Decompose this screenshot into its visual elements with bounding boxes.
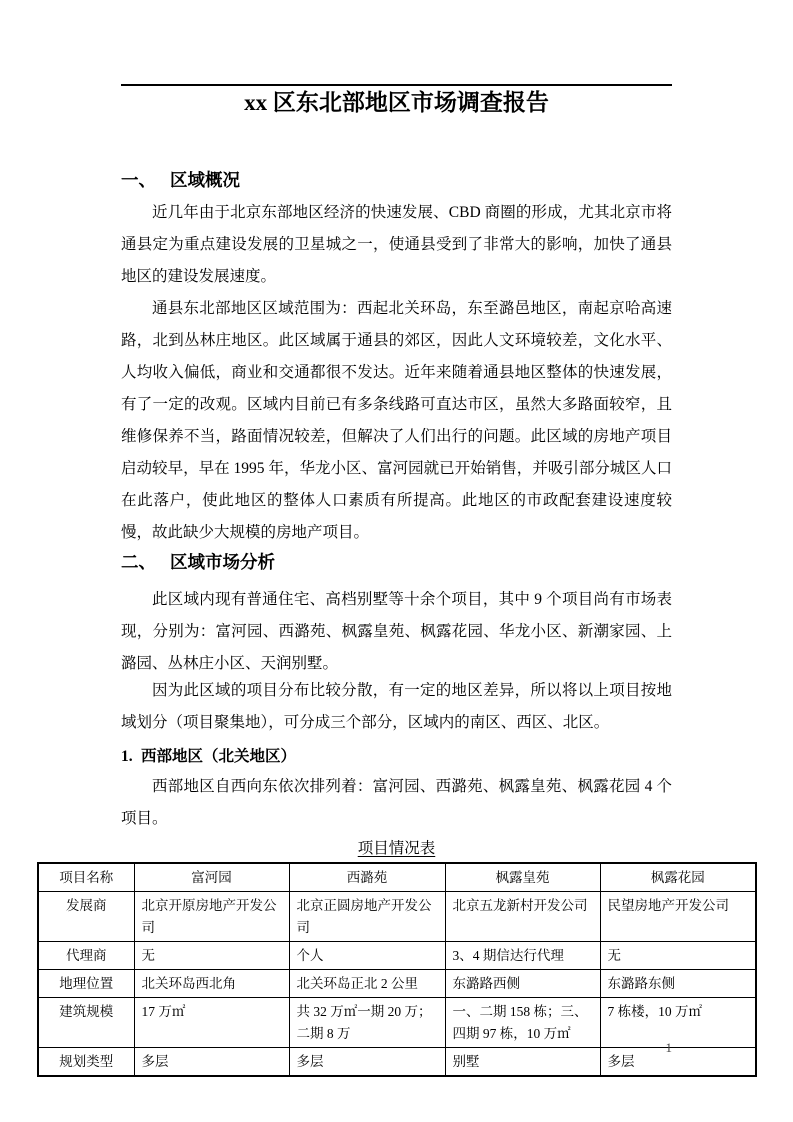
sub-heading-text: 西部地区（北关地区） (141, 748, 296, 765)
section-number: 一、 (121, 169, 170, 191)
table-header-cell: 西潞苑 (289, 863, 445, 892)
page-number: 1 (121, 1040, 672, 1056)
table-header-cell: 富河园 (134, 863, 289, 892)
table-cell: 北京五龙新村开发公司 (445, 892, 600, 942)
table-row-developer: 发展商 北京开原房地产开发公司 北京正圆房地产开发公司 北京五龙新村开发公司 民… (38, 892, 756, 942)
table-cell: 个人 (289, 942, 445, 970)
table-header-cell: 枫露花园 (600, 863, 756, 892)
table-header-row: 项目名称 富河园 西潞苑 枫露皇苑 枫露花园 (38, 863, 756, 892)
table-cell: 北关环岛正北 2 公里 (289, 970, 445, 998)
section-heading-text: 区域市场分析 (170, 552, 275, 572)
sub-heading-number: 1. (121, 747, 141, 767)
document-title: xx 区东北部地区市场调查报告 (121, 88, 672, 118)
table-cell: 北京开原房地产开发公司 (134, 892, 289, 942)
section-heading-text: 区域概况 (170, 170, 240, 190)
paragraph-region-overview-1: 近几年由于北京东部地区经济的快速发展、CBD 商圈的形成，尤其北京市将通县定为重… (121, 197, 672, 293)
paragraph-market-analysis-1: 此区域内现有普通住宅、高档别墅等十余个项目，其中 9 个项目尚有市场表现，分别为… (121, 584, 672, 680)
table-row-location: 地理位置 北关环岛西北角 北关环岛正北 2 公里 东潞路西侧 东潞路东侧 (38, 970, 756, 998)
table-row-label: 发展商 (38, 892, 134, 942)
table-cell: 北关环岛西北角 (134, 970, 289, 998)
table-title: 项目情况表 (121, 839, 672, 859)
table-cell: 无 (600, 942, 756, 970)
document-page: xx 区东北部地区市场调查报告 一、区域概况 近几年由于北京东部地区经济的快速发… (0, 0, 793, 1122)
table-cell: 北京正圆房地产开发公司 (289, 892, 445, 942)
header-rule (121, 84, 672, 86)
table-cell: 东潞路西侧 (445, 970, 600, 998)
paragraph-west-area: 西部地区自西向东依次排列着：富河园、西潞苑、枫露皇苑、枫露花园 4 个项目。 (121, 771, 672, 835)
section-heading-region-overview: 一、区域概况 (121, 169, 240, 191)
table-cell: 3、4 期信达行代理 (445, 942, 600, 970)
paragraph-market-analysis-2: 因为此区域的项目分布比较分散，有一定的地区差异，所以将以上项目按地域划分（项目聚… (121, 675, 672, 739)
section-heading-market-analysis: 二、区域市场分析 (121, 551, 275, 573)
table-cell: 东潞路东侧 (600, 970, 756, 998)
table-row-label: 规划类型 (38, 1048, 134, 1077)
table-header-cell: 枫露皇苑 (445, 863, 600, 892)
table-row-agent: 代理商 无 个人 3、4 期信达行代理 无 (38, 942, 756, 970)
table-cell: 民望房地产开发公司 (600, 892, 756, 942)
table-header-cell: 项目名称 (38, 863, 134, 892)
table-cell: 无 (134, 942, 289, 970)
section-number: 二、 (121, 551, 170, 573)
table-row-label: 代理商 (38, 942, 134, 970)
table-row-label: 地理位置 (38, 970, 134, 998)
paragraph-region-overview-2: 通县东北部地区区域范围为：西起北关环岛，东至潞邑地区，南起京哈高速路，北到丛林庄… (121, 293, 672, 549)
sub-heading-west-area: 1.西部地区（北关地区） (121, 747, 296, 767)
table-row-label: 建筑规模 (38, 998, 134, 1048)
